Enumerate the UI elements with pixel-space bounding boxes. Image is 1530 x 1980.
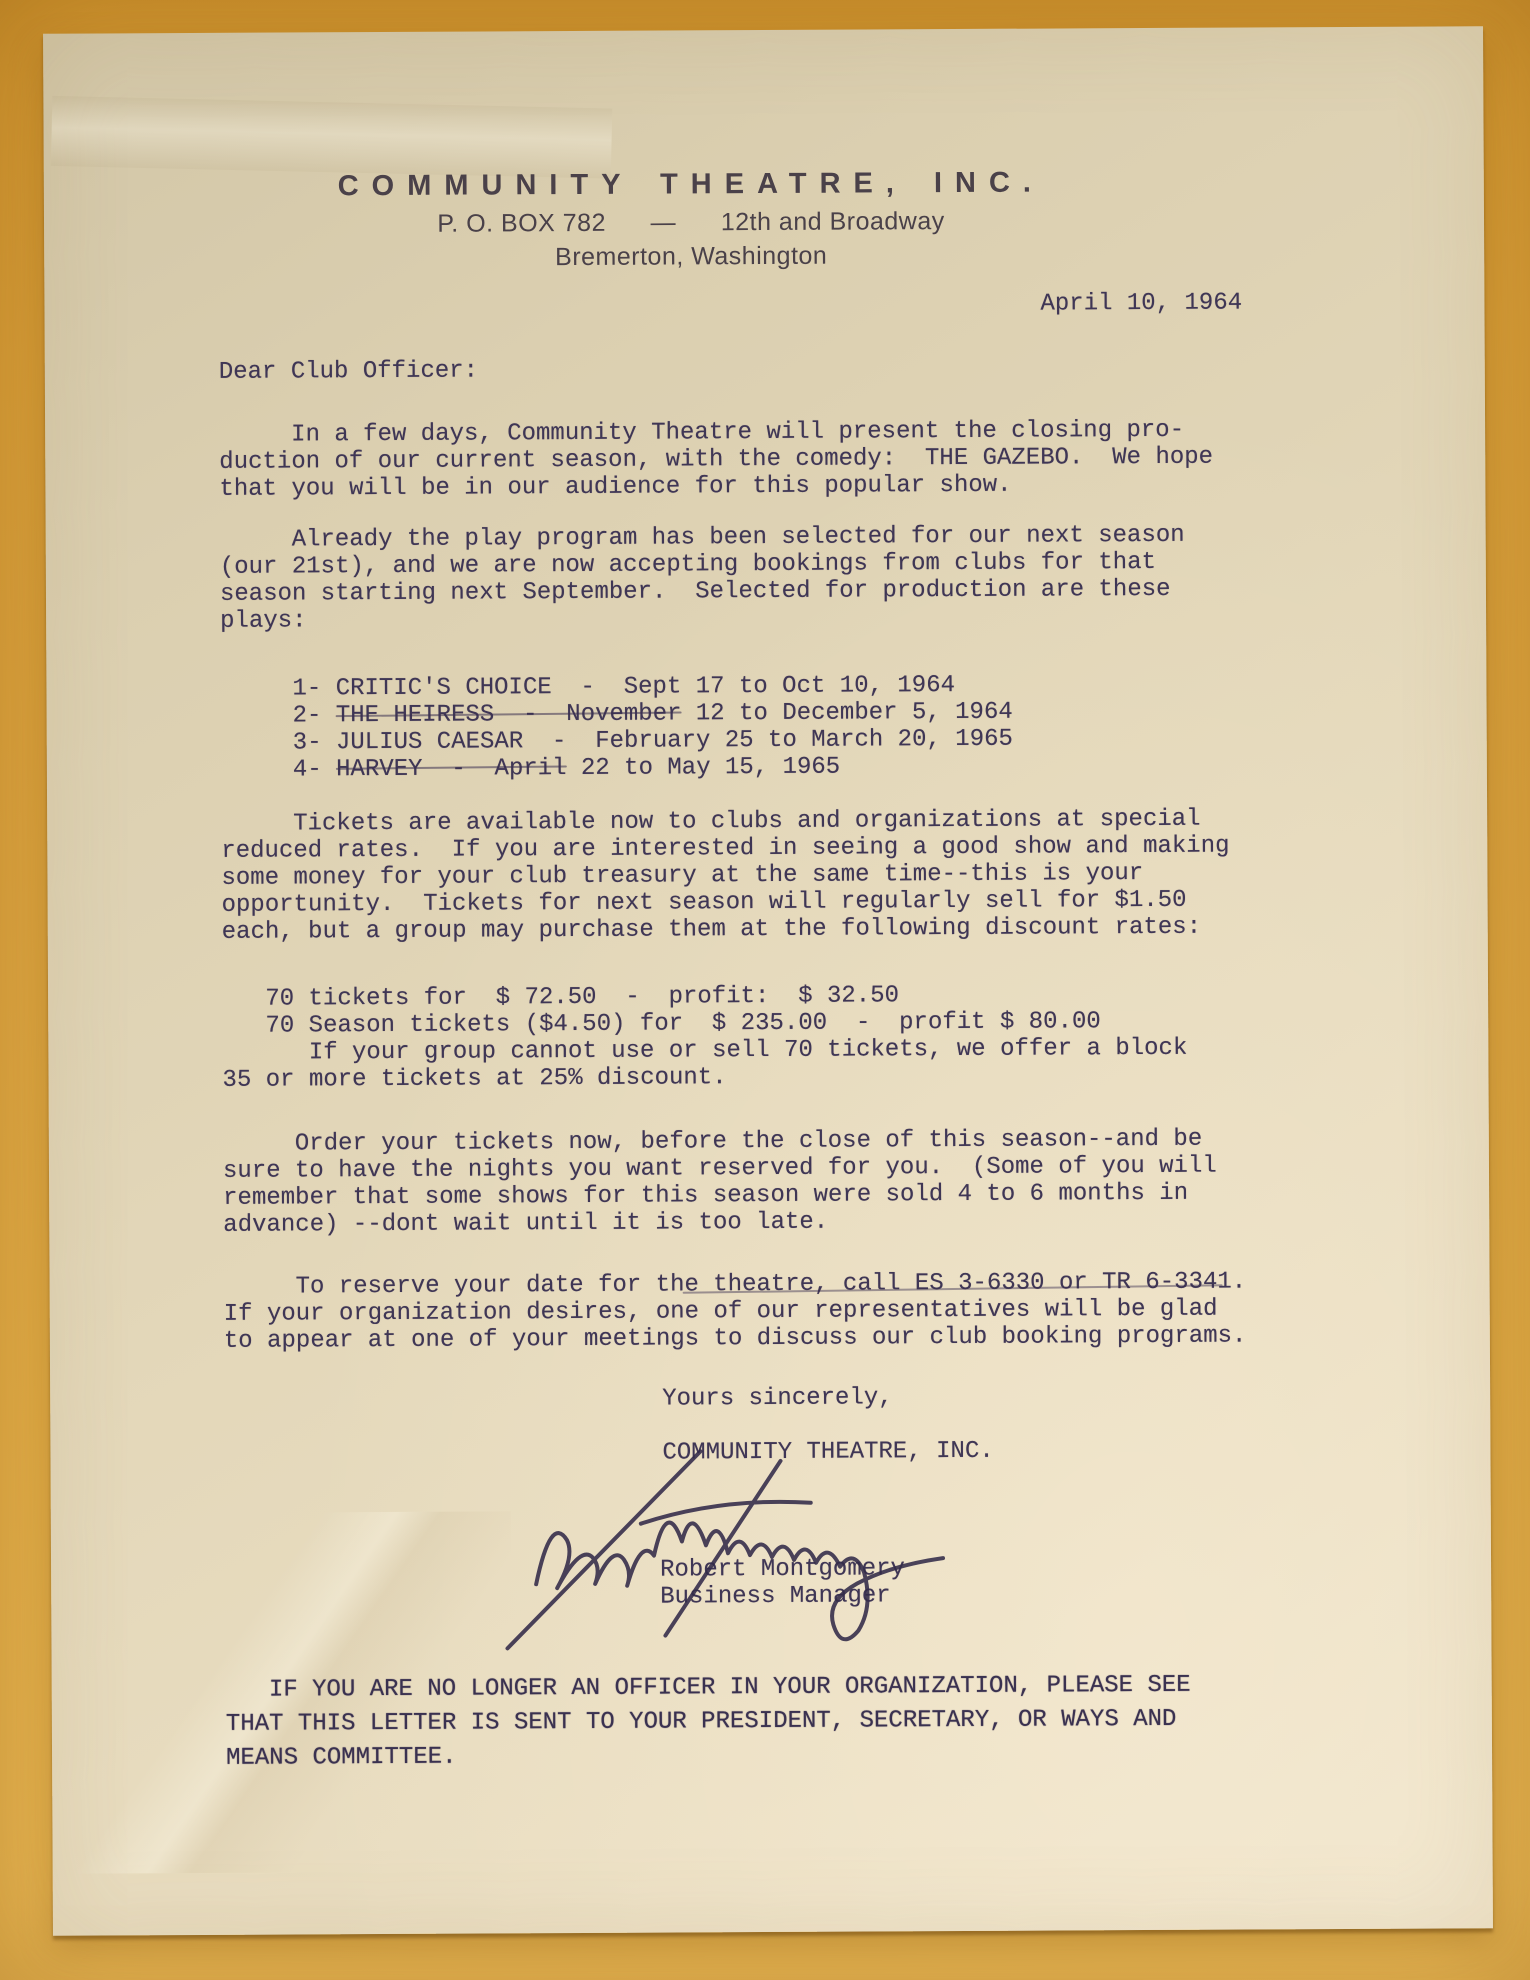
- para-opening: In a few days, Community Theatre will pr…: [219, 417, 1213, 503]
- photo-mat-background: COMMUNITY THEATRE, INC. P. O. BOX 782 — …: [0, 0, 1530, 1980]
- para-order: Order your tickets now, before the close…: [223, 1126, 1217, 1239]
- letter-paper: COMMUNITY THEATRE, INC. P. O. BOX 782 — …: [43, 26, 1493, 1936]
- para-season: Already the play program has been select…: [220, 522, 1186, 635]
- org-name: COMMUNITY THEATRE, INC.: [44, 165, 1338, 205]
- paper-crease: [51, 96, 612, 179]
- address-line: P. O. BOX 782 — 12th and Broadway: [44, 205, 1338, 241]
- para-reserve: To reserve your date for the theatre, ca…: [224, 1269, 1247, 1355]
- date-line: April 10, 1964: [1040, 290, 1242, 318]
- rates-list: 70 tickets for $ 72.50 - profit: $ 32.50…: [222, 981, 1188, 1094]
- salutation: Dear Club Officer:: [219, 358, 478, 386]
- city-line: Bremerton, Washington: [44, 239, 1338, 275]
- footer-notice: IF YOU ARE NO LONGER AN OFFICER IN YOUR …: [226, 1669, 1191, 1776]
- letterhead: COMMUNITY THEATRE, INC. P. O. BOX 782 — …: [44, 165, 1339, 275]
- para-tickets: Tickets are available now to clubs and o…: [221, 806, 1230, 946]
- handwritten-signature: [480, 1444, 981, 1657]
